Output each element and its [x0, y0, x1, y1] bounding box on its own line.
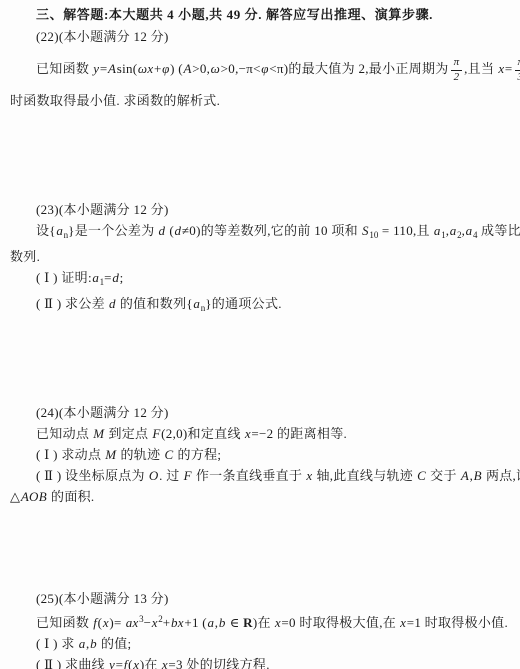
math-variable: ax: [125, 615, 139, 630]
math-variable: x: [133, 657, 140, 669]
text-run: ∈: [226, 615, 243, 630]
math-variable: B: [473, 468, 482, 483]
section-header: 三、解答题:本大题共 4 小题,共 49 分. 解答应写出推理、演算步骤.: [10, 4, 516, 25]
bold-symbol: R: [243, 615, 253, 630]
problem-23-line-5: ( Ⅱ ) 求公差 d 的值和数列{an}的通项公式.: [10, 293, 516, 319]
math-variable: F: [183, 468, 192, 483]
subscript: 10: [369, 230, 378, 240]
text-run: 已知动点: [36, 426, 93, 441]
text-run: △: [10, 489, 20, 504]
problem-24-line-5: △AOB 的面积.: [10, 486, 516, 507]
text-run: ≠0)的等差数列,它的前 10 项和: [182, 223, 362, 238]
text-run: ( Ⅰ ) 求: [36, 636, 78, 651]
math-variable: y: [93, 61, 100, 76]
problem-23: (23)(本小题满分 12 分)设{an}是一个公差为 d (d≠0)的等差数列…: [10, 199, 516, 319]
problem-24-line-3: ( Ⅰ ) 求动点 M 的轨迹 C 的方程;: [10, 444, 516, 465]
text-run: 的值和数列{: [116, 296, 193, 311]
text-run: (25)(本小题满分 13 分): [36, 591, 169, 606]
text-run: +1 (: [184, 615, 207, 630]
math-variable: C: [417, 468, 427, 483]
text-run: =3 处的切线方程.: [168, 657, 269, 669]
text-run: (22)(本小题满分 12 分): [36, 29, 169, 44]
problem-23-line-3: 数列.: [10, 246, 516, 267]
text-run: sin(: [117, 61, 138, 76]
problem-24-line-1: (24)(本小题满分 12 分): [10, 402, 516, 423]
math-variable: y: [109, 657, 116, 669]
text-run: >0,−π<: [221, 61, 261, 76]
text-run: (: [166, 223, 174, 238]
exam-page: 三、解答题:本大题共 4 小题,共 49 分. 解答应写出推理、演算步骤. (2…: [0, 0, 520, 669]
math-variable: x: [498, 61, 505, 76]
math-variable: d: [174, 223, 182, 238]
text-run: = 110,且: [378, 223, 433, 238]
problem-25-line-2: 已知函数 f(x)= ax3−x2+bx+1 (a,b ∈ R)在 x=0 时取…: [10, 609, 516, 633]
text-run: ;: [120, 270, 124, 285]
text-run: (2,0)和定直线: [161, 426, 244, 441]
text-run: 两点,试求: [482, 468, 520, 483]
problem-23-line-4: ( Ⅰ ) 证明:a1=d;: [10, 267, 516, 293]
math-variable: A: [460, 468, 469, 483]
section-header-line-1: 三、解答题:本大题共 4 小题,共 49 分. 解答应写出推理、演算步骤.: [10, 4, 516, 25]
text-run: (23)(本小题满分 12 分): [36, 202, 169, 217]
text-run: ,且当: [464, 61, 498, 76]
text-run: 已知函数: [36, 61, 93, 76]
math-variable: C: [164, 447, 174, 462]
problem-25-line-4: ( Ⅱ ) 求曲线 y=f(x)在 x=3 处的切线方程.: [10, 654, 516, 669]
math-fraction: π2: [451, 57, 463, 83]
math-variable: AOB: [20, 489, 47, 504]
math-variable: b: [218, 615, 226, 630]
text-run: 成等比: [477, 223, 520, 238]
text-run: ( Ⅱ ) 求公差: [36, 296, 109, 311]
text-run: 设{: [36, 223, 56, 238]
text-run: ( Ⅰ ) 证明:: [36, 270, 92, 285]
text-run: =: [104, 270, 112, 285]
math-variable: a: [193, 296, 201, 311]
text-run: >0,: [192, 61, 210, 76]
text-run: ( Ⅱ ) 设坐标原点为: [36, 468, 148, 483]
math-variable: x: [400, 615, 407, 630]
text-run: 三、解答题:本大题共 4 小题,共 49 分. 解答应写出推理、演算步骤.: [36, 7, 433, 22]
text-run: (24)(本小题满分 12 分): [36, 405, 169, 420]
math-variable: a: [207, 615, 215, 630]
math-variable: φ: [162, 61, 171, 76]
math-variable: d: [158, 223, 166, 238]
text-run: )=: [109, 615, 125, 630]
math-variable: x: [306, 468, 313, 483]
math-variable: M: [105, 447, 117, 462]
text-run: 数列.: [10, 249, 40, 264]
problem-23-line-2: 设{an}是一个公差为 d (d≠0)的等差数列,它的前 10 项和 S10 =…: [10, 220, 516, 246]
math-variable: a: [92, 270, 100, 285]
problem-22-line-2: 已知函数 y=Asin(ωx+φ) (A>0,ω>0,−π<φ<π)的最大值为 …: [10, 54, 516, 84]
math-variable: a: [78, 636, 86, 651]
text-run: =−2 的距离相等.: [251, 426, 347, 441]
problem-23-line-1: (23)(本小题满分 12 分): [10, 199, 516, 220]
math-variable: φ: [261, 61, 270, 76]
text-run: 到定点: [105, 426, 152, 441]
math-variable: ω: [210, 61, 220, 76]
math-variable: a: [465, 223, 473, 238]
math-variable: O: [148, 468, 159, 483]
text-run: )在: [253, 615, 274, 630]
text-run: 已知函数: [36, 615, 93, 630]
problem-24-line-4: ( Ⅱ ) 设坐标原点为 O. 过 F 作一条直线垂直于 x 轴,此直线与轨迹 …: [10, 465, 516, 486]
problem-22: (22)(本小题满分 12 分)已知函数 y=Asin(ωx+φ) (A>0,ω…: [10, 26, 516, 111]
text-run: 时函数取得最小值. 求函数的解析式.: [10, 93, 220, 108]
text-run: <π)的最大值为 2,最小正周期为: [269, 61, 448, 76]
text-run: ( Ⅱ ) 求曲线: [36, 657, 109, 669]
text-run: =: [505, 61, 513, 76]
text-run: )在: [140, 657, 161, 669]
text-run: 轴,此直线与轨迹: [313, 468, 417, 483]
text-run: 交于: [427, 468, 461, 483]
problem-25: (25)(本小题满分 13 分)已知函数 f(x)= ax3−x2+bx+1 (…: [10, 588, 516, 669]
problem-22-line-1: (22)(本小题满分 12 分): [10, 26, 516, 47]
text-run: }是一个公差为: [68, 223, 158, 238]
math-variable: a: [449, 223, 457, 238]
problem-24: (24)(本小题满分 12 分)已知动点 M 到定点 F(2,0)和定直线 x=…: [10, 402, 516, 507]
text-run: +: [154, 61, 162, 76]
math-variable: A: [183, 61, 192, 76]
math-fraction: π3: [515, 57, 520, 83]
text-run: . 过: [159, 468, 183, 483]
math-variable: a: [56, 223, 64, 238]
text-run: 的轨迹: [117, 447, 164, 462]
text-run: }的通项公式.: [205, 296, 282, 311]
problem-25-line-1: (25)(本小题满分 13 分): [10, 588, 516, 609]
text-run: =0 时取得极大值,在: [281, 615, 399, 630]
math-variable: d: [112, 270, 120, 285]
problem-24-line-2: 已知动点 M 到定点 F(2,0)和定直线 x=−2 的距离相等.: [10, 423, 516, 444]
text-run: 的值;: [97, 636, 131, 651]
text-run: 作一条直线垂直于: [192, 468, 306, 483]
math-variable: F: [152, 426, 161, 441]
math-variable: M: [93, 426, 105, 441]
text-run: 的方程;: [174, 447, 221, 462]
math-variable: A: [107, 61, 116, 76]
text-run: 的面积.: [47, 489, 94, 504]
problem-25-line-3: ( Ⅰ ) 求 a,b 的值;: [10, 633, 516, 654]
text-run: =1 时取得极小值.: [407, 615, 508, 630]
math-variable: ωx: [137, 61, 154, 76]
text-run: ) (: [170, 61, 183, 76]
text-run: ( Ⅰ ) 求动点: [36, 447, 105, 462]
math-variable: bx: [170, 615, 184, 630]
problem-22-line-3: 时函数取得最小值. 求函数的解析式.: [10, 90, 516, 111]
